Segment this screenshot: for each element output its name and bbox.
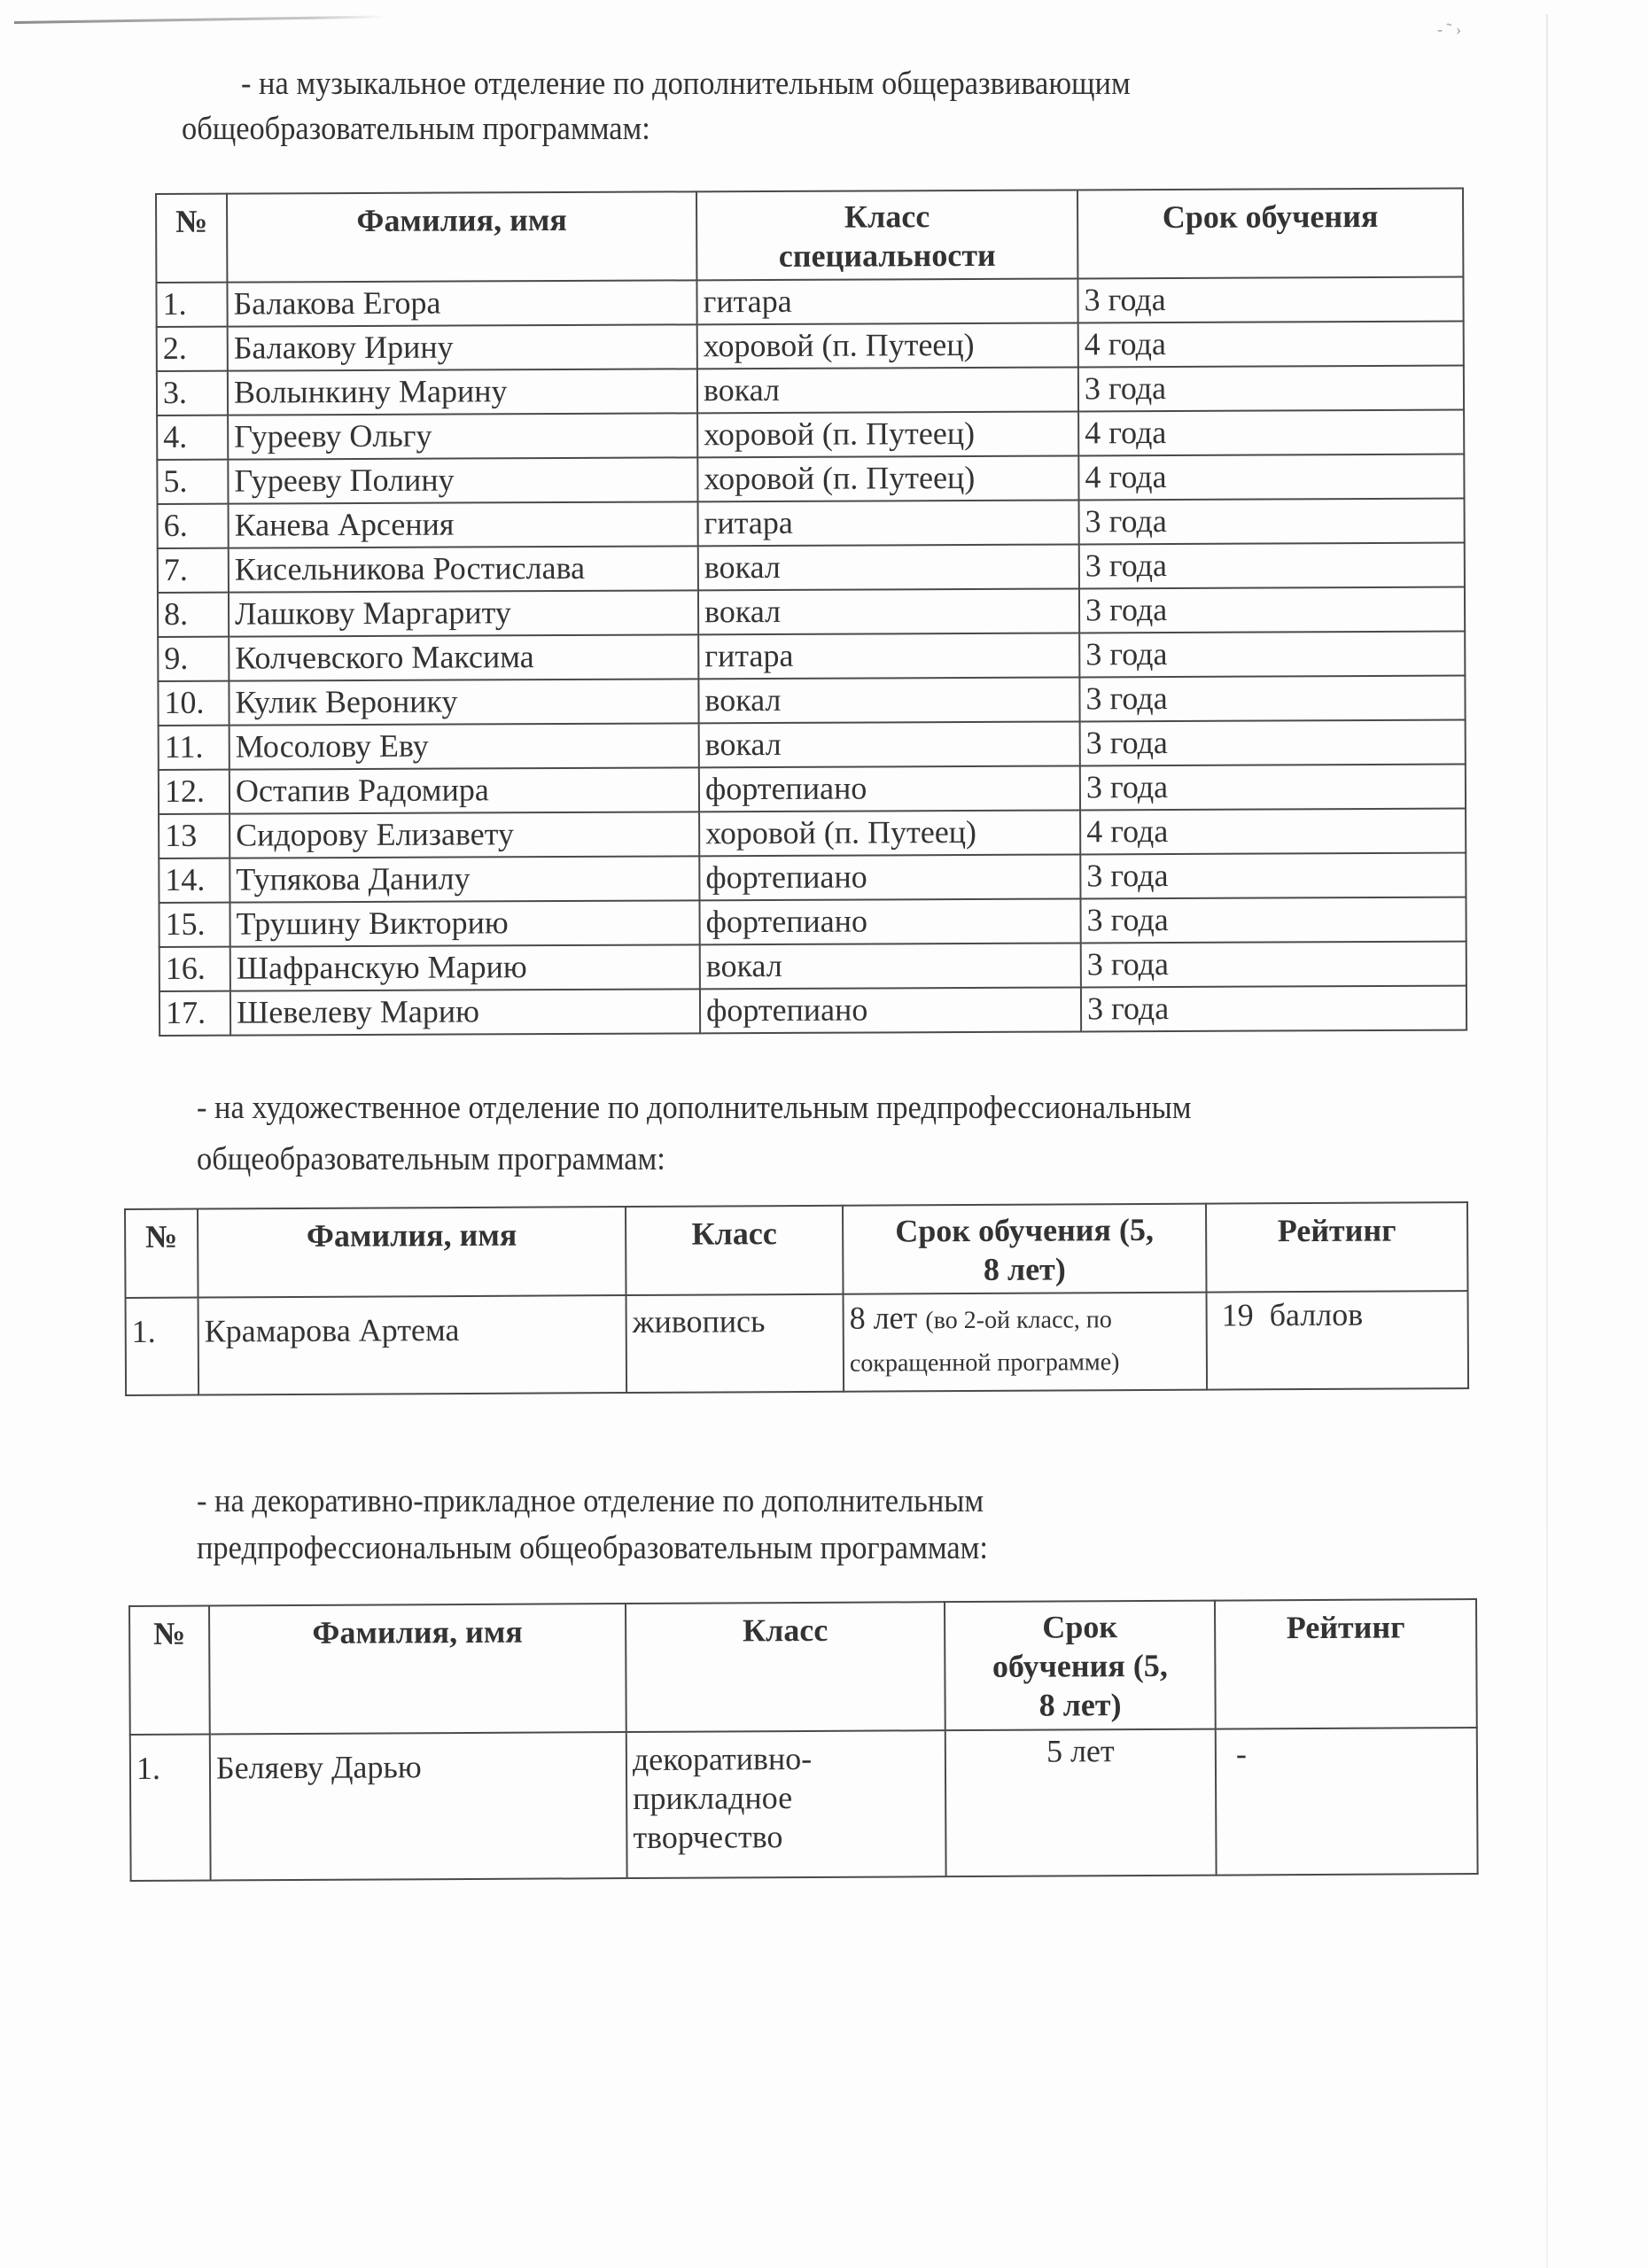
class-name: фортепиано (699, 854, 1080, 900)
row-number: 9. (158, 637, 229, 681)
table-header-row: № Фамилия, имя Класс Срок обучения (5, 8… (129, 1599, 1477, 1735)
table-header-row: № Фамилия, имя Класс специальности Срок … (156, 189, 1463, 283)
study-term: 4 года (1080, 809, 1466, 855)
art-section-heading-line2: общеобразовательным программам: (197, 1139, 665, 1180)
class-name: вокал (697, 367, 1078, 413)
class-name: гитара (698, 500, 1079, 546)
class-name: хоровой (п. Путеец) (697, 322, 1078, 369)
student-name: Трушину Викторию (229, 900, 699, 946)
table-row: 4.Гурееву Ольгухоровой (п. Путеец)4 года (157, 410, 1464, 460)
table-row: 14.Тупякова Данилуфортепиано3 года (159, 853, 1466, 903)
row-number: 17. (159, 991, 230, 1036)
student-name: Лашкову Маргариту (229, 590, 698, 636)
table-row: 9.Колчевского Максимагитара3 года (158, 632, 1465, 681)
row-number: 16. (159, 947, 230, 991)
class-name: вокал (698, 677, 1079, 723)
row-number: 13 (159, 814, 229, 858)
table-row: 8.Лашкову Маргаритувокал3 года (158, 587, 1465, 637)
col-header-rating: Рейтинг (1206, 1202, 1468, 1293)
student-name: Канева Арсения (229, 501, 698, 548)
decorative-section-heading-line1: - на декоративно-прикладное отделение по… (197, 1481, 984, 1522)
table-row: 15.Трушину Викториюфортепиано3 года (159, 897, 1466, 947)
study-term: 3 года (1079, 587, 1465, 633)
row-number: 14. (159, 858, 229, 903)
col-header-name: Фамилия, имя (209, 1604, 626, 1734)
study-term: 3 года (1080, 720, 1466, 766)
table-row: 11.Мосолову Евувокал3 года (159, 720, 1466, 770)
student-name: Тупякова Данилу (229, 856, 699, 902)
row-number: 3. (157, 371, 228, 416)
class-name: хоровой (п. Путеец) (699, 810, 1080, 856)
music-section-heading-line2: общеобразовательным программам: (182, 109, 650, 150)
table-row: 2.Балакову Иринухоровой (п. Путеец)4 год… (157, 322, 1464, 371)
student-name: Колчевского Максима (229, 634, 698, 680)
student-name: Балакову Ирину (228, 324, 697, 370)
student-name: Волынкину Марину (228, 369, 697, 415)
rating: - (1216, 1728, 1478, 1876)
scan-edge-artifact (14, 15, 386, 24)
col-header-class: Класс специальности (696, 190, 1077, 280)
col-header-class: Класс (626, 1602, 945, 1732)
row-number: 11. (159, 726, 229, 770)
study-term: 3 года (1080, 897, 1466, 944)
row-number: 5. (157, 460, 228, 504)
table-row: 10.Кулик Вероникувокал3 года (158, 676, 1465, 726)
table-row: 17.Шевелеву Мариюфортепиано3 года (159, 986, 1466, 1036)
student-name: Шевелеву Марию (230, 989, 700, 1035)
student-name: Кулик Веронику (229, 679, 698, 725)
class-name: хоровой (п. Путеец) (697, 455, 1078, 501)
table-row: 13Сидорову Елизаветухоровой (п. Путеец)4… (159, 809, 1466, 858)
study-term: 3 года (1079, 543, 1465, 589)
student-name: Кисельникова Ростислава (229, 546, 698, 592)
row-number: 10. (158, 681, 229, 726)
study-term: 8 лет (во 2-ой класс, по сокращенной про… (844, 1293, 1208, 1392)
study-term: 4 года (1078, 410, 1464, 456)
class-name: гитара (696, 278, 1077, 324)
student-name: Сидорову Елизавету (229, 812, 699, 858)
music-department-table: № Фамилия, имя Класс специальности Срок … (155, 188, 1467, 1037)
col-header-rating: Рейтинг (1215, 1599, 1477, 1729)
col-header-term: Срок обучения (5, 8 лет) (843, 1204, 1207, 1294)
student-name: Гурееву Ольгу (228, 413, 697, 459)
table-row: 5.Гурееву Полинухоровой (п. Путеец)4 год… (157, 454, 1464, 504)
row-number: 8. (158, 593, 229, 637)
scan-mark-artifact: - ˜ › (1437, 25, 1508, 34)
student-name: Шафранскую Марию (230, 944, 700, 990)
scan-page-edge (1546, 14, 1548, 2268)
art-section-heading-line1: - на художественное отделение по дополни… (197, 1088, 1192, 1129)
class-name: фортепиано (700, 987, 1081, 1033)
class-name: декоративно-прикладное творчество (626, 1730, 946, 1878)
class-name: вокал (698, 588, 1079, 634)
row-number: 2. (157, 327, 228, 371)
col-header-number: № (129, 1606, 210, 1735)
table-row: 12.Остапив Радомирафортепиано3 года (159, 765, 1466, 814)
col-header-number: № (125, 1209, 198, 1298)
study-term: 3 года (1079, 676, 1465, 722)
col-header-term: Срок обучения (1077, 189, 1463, 279)
table-row: 3.Волынкину Маринувокал3 года (157, 366, 1464, 416)
row-number: 1. (156, 283, 227, 327)
table-header-row: № Фамилия, имя Класс Срок обучения (5, 8… (125, 1202, 1468, 1298)
col-header-number: № (156, 194, 227, 283)
col-header-name: Фамилия, имя (198, 1207, 626, 1298)
table-row: 1. Крамарова Артема живопись 8 лет (во 2… (126, 1291, 1469, 1395)
table-row: 7.Кисельникова Ростислававокал3 года (158, 543, 1465, 593)
student-name: Балакова Егора (227, 280, 696, 326)
col-header-term: Срок обучения (5, 8 лет) (945, 1601, 1216, 1731)
class-name: вокал (699, 721, 1080, 767)
row-number: 12. (159, 770, 229, 814)
row-number: 1. (126, 1298, 199, 1395)
study-term: 3 года (1078, 366, 1464, 412)
class-name: фортепиано (699, 765, 1080, 812)
decorative-department-table: № Фамилия, имя Класс Срок обучения (5, 8… (128, 1598, 1479, 1882)
table-row: 16.Шафранскую Мариювокал3 года (159, 942, 1466, 991)
art-department-table: № Фамилия, имя Класс Срок обучения (5, 8… (124, 1201, 1469, 1396)
music-section-heading-line1: - на музыкальное отделение по дополнител… (241, 64, 1131, 105)
table-row: 6.Канева Арсениягитара3 года (158, 499, 1465, 548)
study-term: 3 года (1077, 277, 1463, 323)
table-row: 1.Балакова Егорагитара3 года (156, 277, 1463, 327)
row-number: 7. (158, 548, 229, 593)
row-number: 15. (159, 903, 229, 947)
student-name: Гурееву Полину (228, 457, 697, 503)
col-header-name: Фамилия, имя (227, 191, 696, 282)
class-name: вокал (700, 943, 1081, 989)
student-name: Беляеву Дарью (210, 1732, 627, 1880)
study-term: 4 года (1078, 454, 1464, 501)
row-number: 4. (157, 416, 228, 460)
study-term: 3 года (1079, 499, 1465, 545)
class-name: хоровой (п. Путеец) (697, 411, 1078, 457)
row-number: 1. (130, 1735, 211, 1881)
class-name: гитара (698, 633, 1079, 679)
student-name: Крамарова Артема (198, 1295, 627, 1395)
music-table-body: 1.Балакова Егорагитара3 года2.Балакову И… (156, 277, 1466, 1036)
class-name: фортепиано (699, 898, 1080, 944)
class-name: живопись (626, 1294, 844, 1393)
row-number: 6. (158, 504, 229, 548)
study-term: 3 года (1080, 765, 1466, 811)
student-name: Мосолову Еву (229, 723, 699, 769)
study-term: 3 года (1080, 853, 1466, 899)
study-term: 4 года (1078, 322, 1464, 368)
col-header-class: Класс (626, 1206, 844, 1295)
study-term: 5 лет (945, 1729, 1217, 1877)
decorative-section-heading-line2: предпрофессиональным общеобразовательным… (197, 1528, 988, 1569)
study-term: 3 года (1081, 942, 1466, 988)
table-row: 1. Беляеву Дарью декоративно-прикладное … (130, 1728, 1478, 1881)
study-term: 3 года (1081, 986, 1466, 1032)
student-name: Остапив Радомира (229, 767, 699, 813)
study-term-main: 8 лет (850, 1300, 918, 1335)
rating: 19 баллов (1207, 1291, 1469, 1390)
class-name: вокал (698, 544, 1079, 590)
study-term: 3 года (1079, 632, 1465, 678)
